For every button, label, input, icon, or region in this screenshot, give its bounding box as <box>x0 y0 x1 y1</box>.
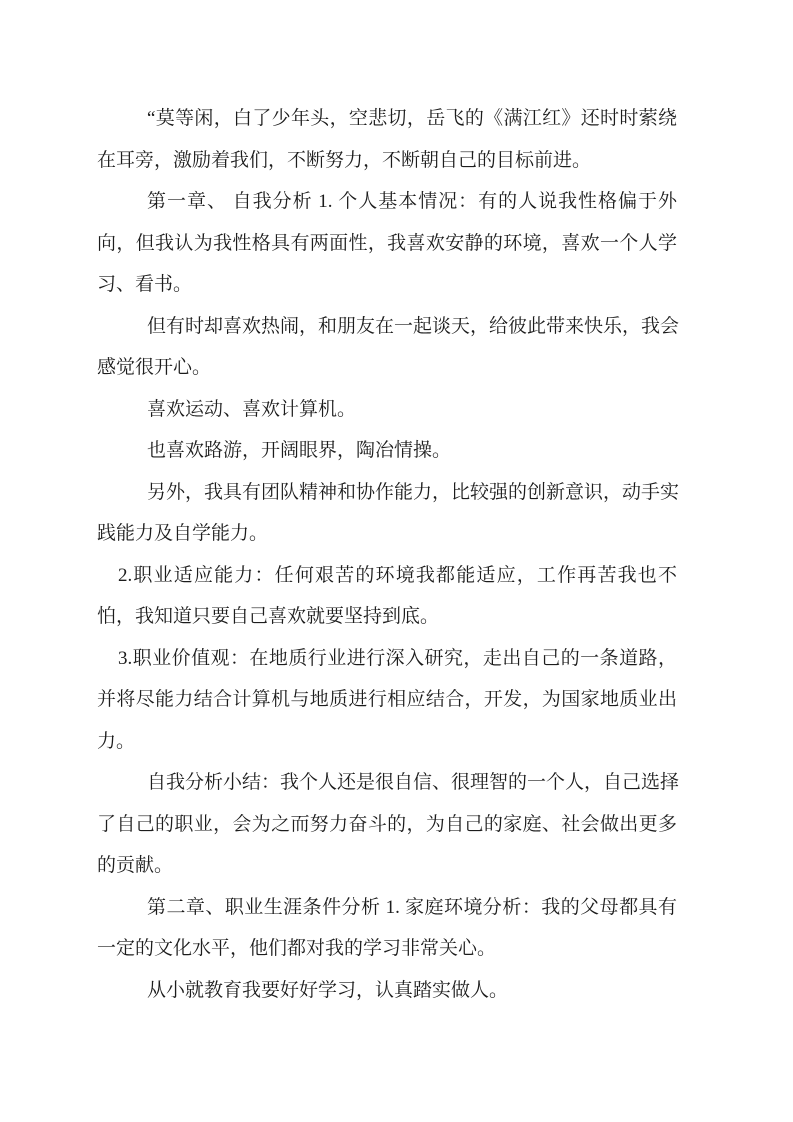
text-line: 并将尽能力结合计算机与地质进行相应结合，开发，为国家地质业出 <box>97 679 677 721</box>
text-line: 力。 <box>97 721 677 763</box>
paragraph: “莫等闲，白了少年头，空悲切，岳飞的《满江红》还时时萦绕在耳旁，激励着我们，不断… <box>97 98 677 181</box>
text-line: 的贡献。 <box>97 845 677 887</box>
text-line: 自我分析小结：我个人还是很自信、很理智的一个人，自己选择 <box>97 762 677 804</box>
document-body: “莫等闲，白了少年头，空悲切，岳飞的《满江红》还时时萦绕在耳旁，激励着我们，不断… <box>97 98 677 1011</box>
text-line: 另外，我具有团队精神和协作能力，比较强的创新意识，动手实 <box>97 472 677 514</box>
text-line: 第一章、 自我分析 1. 个人基本情况：有的人说我性格偏于外 <box>97 181 677 223</box>
paragraph: 2.职业适应能力：任何艰苦的环境我都能适应，工作再苦我也不怕，我知道只要自己喜欢… <box>97 555 677 638</box>
text-line: 3.职业价值观：在地质行业进行深入研究，走出自己的一条道路， <box>97 638 677 680</box>
text-line: 也喜欢路游，开阔眼界，陶冶情操。 <box>97 430 677 472</box>
text-line: 向，但我认为我性格具有两面性，我喜欢安静的环境，喜欢一个人学 <box>97 223 677 265</box>
text-line: 习、看书。 <box>97 264 677 306</box>
paragraph: 从小就教育我要好好学习，认真踏实做人。 <box>97 970 677 1012</box>
text-line: 感觉很开心。 <box>97 347 677 389</box>
text-line: 第二章、职业生涯条件分析 1. 家庭环境分析：我的父母都具有 <box>97 887 677 929</box>
document-page: “莫等闲，白了少年头，空悲切，岳飞的《满江红》还时时萦绕在耳旁，激励着我们，不断… <box>0 0 793 1122</box>
text-line: 了自己的职业，会为之而努力奋斗的，为自己的家庭、社会做出更多 <box>97 804 677 846</box>
paragraph: 另外，我具有团队精神和协作能力，比较强的创新意识，动手实践能力及自学能力。 <box>97 472 677 555</box>
paragraph: 第二章、职业生涯条件分析 1. 家庭环境分析：我的父母都具有一定的文化水平，他们… <box>97 887 677 970</box>
paragraph: 自我分析小结：我个人还是很自信、很理智的一个人，自己选择了自己的职业，会为之而努… <box>97 762 677 887</box>
text-line: “莫等闲，白了少年头，空悲切，岳飞的《满江红》还时时萦绕 <box>97 98 677 140</box>
text-line: 一定的文化水平，他们都对我的学习非常关心。 <box>97 928 677 970</box>
text-line: 喜欢运动、喜欢计算机。 <box>97 389 677 431</box>
paragraph: 3.职业价值观：在地质行业进行深入研究，走出自己的一条道路，并将尽能力结合计算机… <box>97 638 677 763</box>
text-line: 但有时却喜欢热闹，和朋友在一起谈天，给彼此带来快乐，我会 <box>97 306 677 348</box>
paragraph: 第一章、 自我分析 1. 个人基本情况：有的人说我性格偏于外向，但我认为我性格具… <box>97 181 677 306</box>
text-line: 践能力及自学能力。 <box>97 513 677 555</box>
text-line: 怕，我知道只要自己喜欢就要坚持到底。 <box>97 596 677 638</box>
paragraph: 也喜欢路游，开阔眼界，陶冶情操。 <box>97 430 677 472</box>
paragraph: 喜欢运动、喜欢计算机。 <box>97 389 677 431</box>
text-line: 在耳旁，激励着我们，不断努力，不断朝自己的目标前进。 <box>97 140 677 182</box>
text-line: 2.职业适应能力：任何艰苦的环境我都能适应，工作再苦我也不 <box>97 555 677 597</box>
paragraph: 但有时却喜欢热闹，和朋友在一起谈天，给彼此带来快乐，我会感觉很开心。 <box>97 306 677 389</box>
text-line: 从小就教育我要好好学习，认真踏实做人。 <box>97 970 677 1012</box>
